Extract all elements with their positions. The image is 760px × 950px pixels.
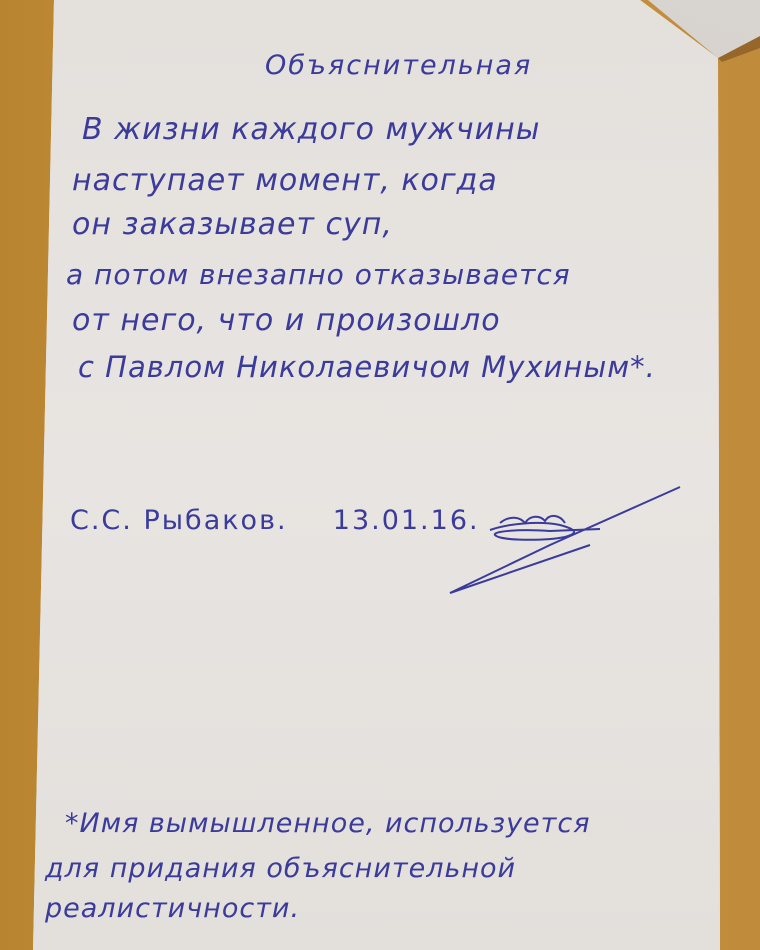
signer-name: С.С. Рыбаков.	[70, 505, 288, 536]
document-title: Объяснительная	[265, 50, 532, 81]
body-line-2: наступает момент, когда	[72, 163, 498, 198]
body-line-3: он заказывает суп,	[72, 207, 393, 242]
body-line-4: а потом внезапно отказывается	[66, 258, 571, 291]
body-line-1: В жизни каждого мужчины	[82, 112, 540, 147]
body-line-6: с Павлом Николаевичом Мухиным*.	[78, 350, 656, 384]
handwritten-signature-icon	[440, 485, 690, 595]
body-line-5: от него, что и произошло	[72, 303, 501, 338]
footnote-line-1: *Имя вымышленное, используется	[65, 808, 590, 839]
signature-line: С.С. Рыбаков. 13.01.16.	[70, 505, 480, 536]
footnote-line-2: для придания объяснительной	[45, 853, 516, 884]
footnote-line-3: реалистичности.	[45, 893, 300, 924]
